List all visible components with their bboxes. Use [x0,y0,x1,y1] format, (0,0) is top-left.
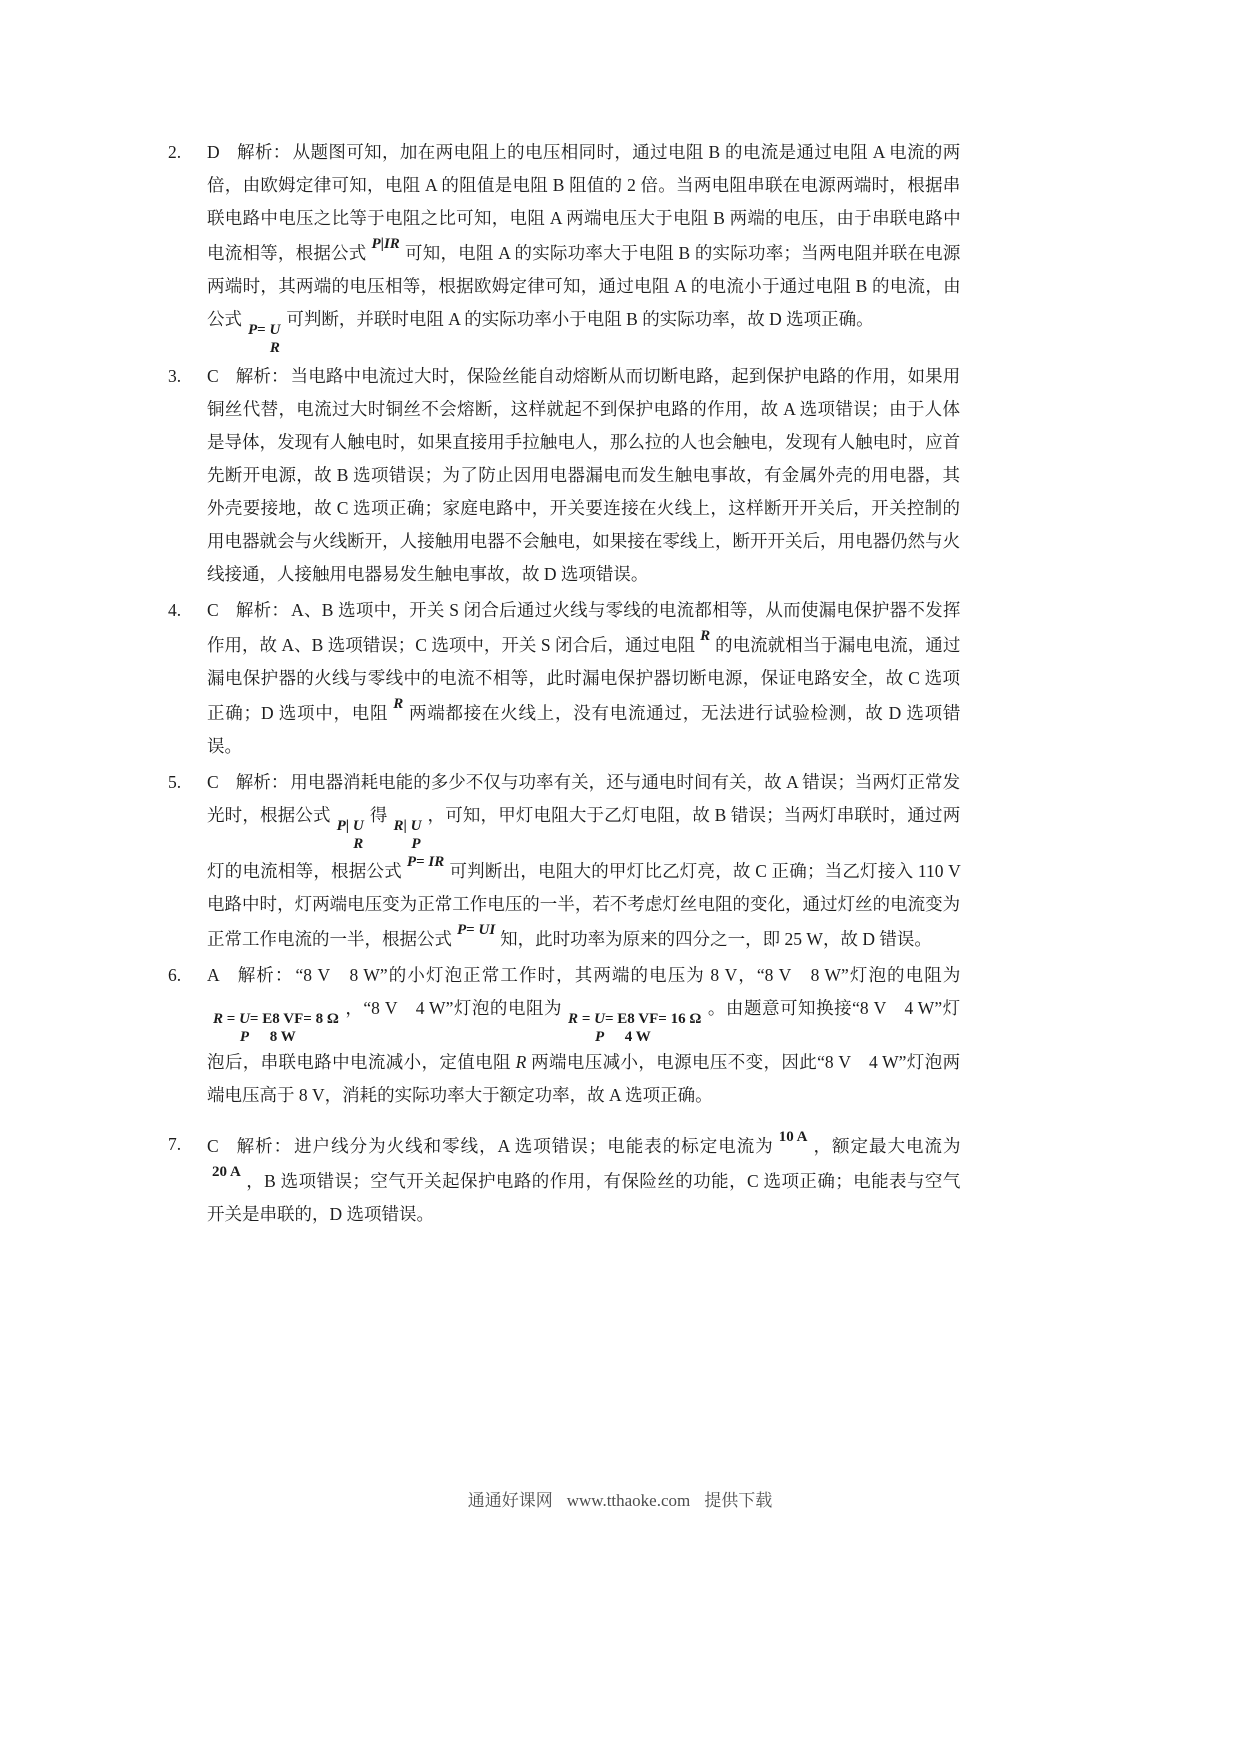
inline-formula: R [700,627,710,645]
inline-formula: R| UP [393,817,421,853]
formula-part: P= [248,321,269,339]
inline-formula: P= UI [457,921,495,939]
inline-formula: R [393,695,403,713]
answer-item: 5.C解析：用电器消耗电能的多少不仅与功率有关，还与通电时间有关，故 A 错误；… [168,766,960,956]
document-page: 2.D解析：从题图可知，加在两电阻上的电压相同时，通过电阻 B 的电流是通过电阻… [0,0,1240,1754]
fraction-denominator: R [353,835,363,853]
fraction-numerator: U [411,817,422,835]
answer-letter: C [207,1136,219,1156]
answer-list: 2.D解析：从题图可知，加在两电阻上的电压相同时，通过电阻 B 的电流是通过电阻… [168,136,960,1234]
item-body: C解析：A、B 选项中，开关 S 闭合后通过火线与零线的电流都相等，从而使漏电保… [207,594,960,763]
formula-part: 20 A [212,1163,241,1181]
explain-label: 解析： [236,772,289,792]
formula-fraction: UP [411,817,422,853]
explain-label: 解析： [236,1136,292,1156]
answer-letter: C [207,772,219,792]
item-body: A解析：“8 V 8 W”的小灯泡正常工作时，其两端的电压为 8 V，“8 V … [207,959,960,1112]
formula-part: R [700,627,710,645]
explain-label: 解析： [237,142,291,162]
formula-fraction: UR [269,321,280,357]
answer-item: 4.C解析：A、B 选项中，开关 S 闭合后通过火线与零线的电流都相等，从而使漏… [168,594,960,763]
inline-formula: 10 A [779,1128,808,1146]
formula-part: P|IR [371,235,399,253]
inline-formula: R = UP= E8 VF8 W= 8 Ω [213,1010,339,1046]
item-number: 6. [168,959,207,1112]
item-text: ，额定最大电流为 [812,1136,960,1156]
formula-part: = [605,1010,617,1028]
formula-part: 10 A [779,1128,808,1146]
fraction-denominator: 8 W [270,1028,296,1046]
formula-fraction: UR [353,817,364,853]
inline-formula: R = UP= E8 VF4 W= 16 Ω [568,1010,701,1046]
item-text: “8 V 8 W”的小灯泡正常工作时，其两端的电压为 8 V，“8 V 8 W”… [295,965,960,985]
inline-formula: P|IR [371,235,399,253]
item-body: D解析：从题图可知，加在两电阻上的电压相同时，通过电阻 B 的电流是通过电阻 A… [207,136,960,357]
formula-part: R [393,695,403,713]
formula-fraction: UP [594,1010,605,1046]
item-text: 可判断，并联时电阻 A 的实际功率小于电阻 B 的实际功率，故 D 选项正确。 [286,309,873,329]
fraction-numerator: U [353,817,364,835]
formula-fraction: UP [239,1010,250,1046]
answer-item: 6.A解析：“8 V 8 W”的小灯泡正常工作时，其两端的电压为 8 V，“8 … [168,959,960,1112]
explain-label: 解析： [236,366,289,386]
inline-formula: P= IR [407,853,444,871]
answer-item: 2.D解析：从题图可知，加在两电阻上的电压相同时，通过电阻 B 的电流是通过电阻… [168,136,960,357]
item-text: ，“8 V 4 W”灯泡的电阻为 [345,998,562,1018]
item-number: 5. [168,766,207,956]
fraction-denominator: P [595,1028,604,1046]
formula-part: = 16 Ω [658,1010,701,1028]
item-body: C解析：进户线分为火线和零线，A 选项错误；电能表的标定电流为10 A，额定最大… [207,1128,960,1231]
answer-letter: C [207,600,219,620]
formula-fraction: E8 VF4 W [617,1010,658,1046]
formula-part: = [250,1010,262,1028]
fraction-numerator: U [594,1010,605,1028]
fraction-numerator: E8 VF [262,1010,303,1028]
formula-part: R = [568,1010,594,1028]
item-number: 3. [168,360,207,591]
fraction-denominator: P [411,835,420,853]
fraction-denominator: R [270,339,280,357]
fraction-numerator: U [239,1010,250,1028]
item-text: 当电路中电流过大时，保险丝能自动熔断从而切断电路，起到保护电路的作用，如果用铜丝… [207,366,960,584]
fraction-denominator: P [240,1028,249,1046]
inline-formula: P= UR [248,321,280,357]
item-number: 7. [168,1128,207,1231]
answer-letter: D [207,142,220,162]
formula-part: P= UI [457,921,495,939]
answer-letter: C [207,366,219,386]
fraction-numerator: E8 VF [617,1010,658,1028]
answer-item: 3.C解析：当电路中电流过大时，保险丝能自动熔断从而切断电路，起到保护电路的作用… [168,360,960,591]
formula-part: P| [337,817,353,835]
formula-part: P= IR [407,853,444,871]
item-number: 2. [168,136,207,357]
item-number: 4. [168,594,207,763]
footer-site-name: 通通好课网 [468,1491,553,1510]
formula-part: R = [213,1010,239,1028]
item-text: 知，此时功率为原来的四分之一，即 25 W，故 D 错误。 [500,929,932,949]
answer-letter: A [207,965,220,985]
formula-fraction: E8 VF8 W [262,1010,303,1046]
footer-suffix: 提供下载 [704,1491,772,1510]
answer-item: 7.C解析：进户线分为火线和零线，A 选项错误；电能表的标定电流为10 A，额定… [168,1128,960,1231]
inline-formula: P| UR [337,817,364,853]
page-footer: 通通好课网www.tthaoke.com提供下载 [0,1486,1240,1511]
formula-part: = 8 Ω [303,1010,339,1028]
fraction-denominator: 4 W [625,1028,651,1046]
footer-url: www.tthaoke.com [567,1491,691,1510]
item-body: C解析：当电路中电流过大时，保险丝能自动熔断从而切断电路，起到保护电路的作用，如… [207,360,960,591]
item-text: ，B 选项错误；空气开关起保护电路的作用，有保险丝的功能，C 选项正确；电能表与… [207,1171,960,1224]
item-text: 进户线分为火线和零线，A 选项错误；电能表的标定电流为 [294,1136,774,1156]
inline-formula: 20 A [212,1163,241,1181]
fraction-numerator: U [269,321,280,339]
item-text: 得 [370,805,388,825]
explain-label: 解析： [236,600,289,620]
item-body: C解析：用电器消耗电能的多少不仅与功率有关，还与通电时间有关，故 A 错误；当两… [207,766,960,956]
explain-label: 解析： [237,965,294,985]
formula-part: R| [393,817,410,835]
